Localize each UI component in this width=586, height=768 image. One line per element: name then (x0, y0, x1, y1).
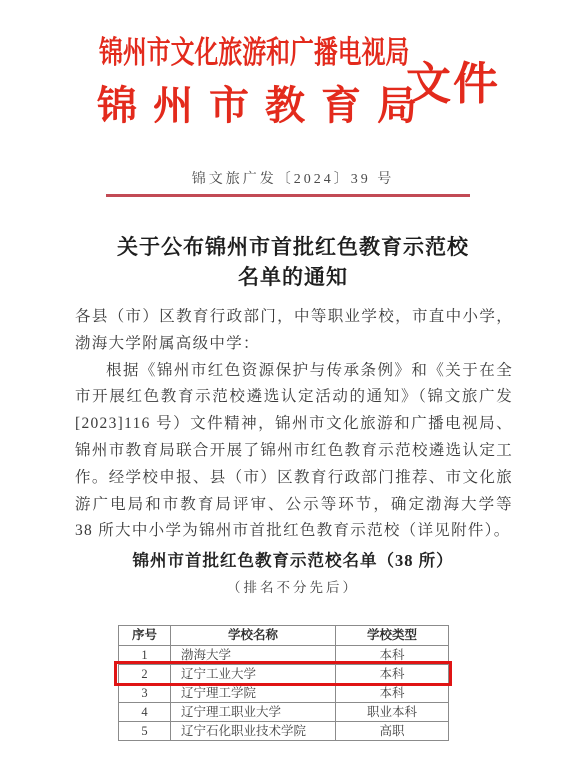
document-title: 关于公布锦州市首批红色教育示范校 名单的通知 (0, 232, 586, 292)
table-row: 5 辽宁石化职业技术学院 高职 (119, 722, 449, 741)
table-row: 1 渤海大学 本科 (119, 646, 449, 665)
cell-school-type: 本科 (336, 665, 449, 684)
cell-no: 2 (119, 665, 171, 684)
cell-school-type: 本科 (336, 684, 449, 703)
cell-school-name: 辽宁理工学院 (171, 684, 336, 703)
letterhead-document-word: 文件 (406, 47, 500, 112)
document-page: 锦州市文化旅游和广播电视局 锦州市教育局 文件 锦文旅广发〔2024〕39 号 … (0, 0, 586, 768)
col-header-type: 学校类型 (336, 626, 449, 646)
cell-school-name: 辽宁石化职业技术学院 (171, 722, 336, 741)
red-divider-line (106, 194, 470, 197)
table-row: 3 辽宁理工学院 本科 (119, 684, 449, 703)
cell-school-type: 职业本科 (336, 703, 449, 722)
school-table: 序号 学校名称 学校类型 1 渤海大学 本科 2 辽宁工业大学 本科 3 (118, 625, 449, 741)
cell-no: 5 (119, 722, 171, 741)
col-header-name: 学校名称 (171, 626, 336, 646)
list-subheading: （排名不分先后） (0, 576, 586, 596)
school-table-container: 序号 学校名称 学校类型 1 渤海大学 本科 2 辽宁工业大学 本科 3 (118, 625, 448, 741)
cell-no: 1 (119, 646, 171, 665)
cell-school-type: 高职 (336, 722, 449, 741)
table-row: 4 辽宁理工职业大学 职业本科 (119, 703, 449, 722)
document-body: 各县（市）区教育行政部门，中等职业学校，市直中小学，渤海大学附属高级中学： 根据… (75, 304, 513, 545)
title-line1: 关于公布锦州市首批红色教育示范校 (0, 232, 586, 262)
salutation: 各县（市）区教育行政部门，中等职业学校，市直中小学，渤海大学附属高级中学： (75, 304, 513, 358)
list-heading: 锦州市首批红色教育示范校名单（38 所） (0, 547, 586, 571)
cell-school-type: 本科 (336, 646, 449, 665)
cell-school-name: 渤海大学 (171, 646, 336, 665)
table-row-highlighted: 2 辽宁工业大学 本科 (119, 665, 449, 684)
document-number: 锦文旅广发〔2024〕39 号 (0, 168, 586, 188)
table-header-row: 序号 学校名称 学校类型 (119, 626, 449, 646)
cell-no: 3 (119, 684, 171, 703)
cell-school-name: 辽宁工业大学 (171, 665, 336, 684)
cell-no: 4 (119, 703, 171, 722)
col-header-no: 序号 (119, 626, 171, 646)
issuer-name-line2: 锦州市教育局 (97, 74, 433, 131)
cell-school-name: 辽宁理工职业大学 (171, 703, 336, 722)
issuer-name-line1: 锦州市文化旅游和广播电视局 (99, 27, 409, 72)
body-paragraph: 根据《锦州市红色资源保护与传承条例》和《关于在全市开展红色教育示范校遴选认定活动… (75, 358, 513, 546)
title-line2: 名单的通知 (0, 262, 586, 292)
